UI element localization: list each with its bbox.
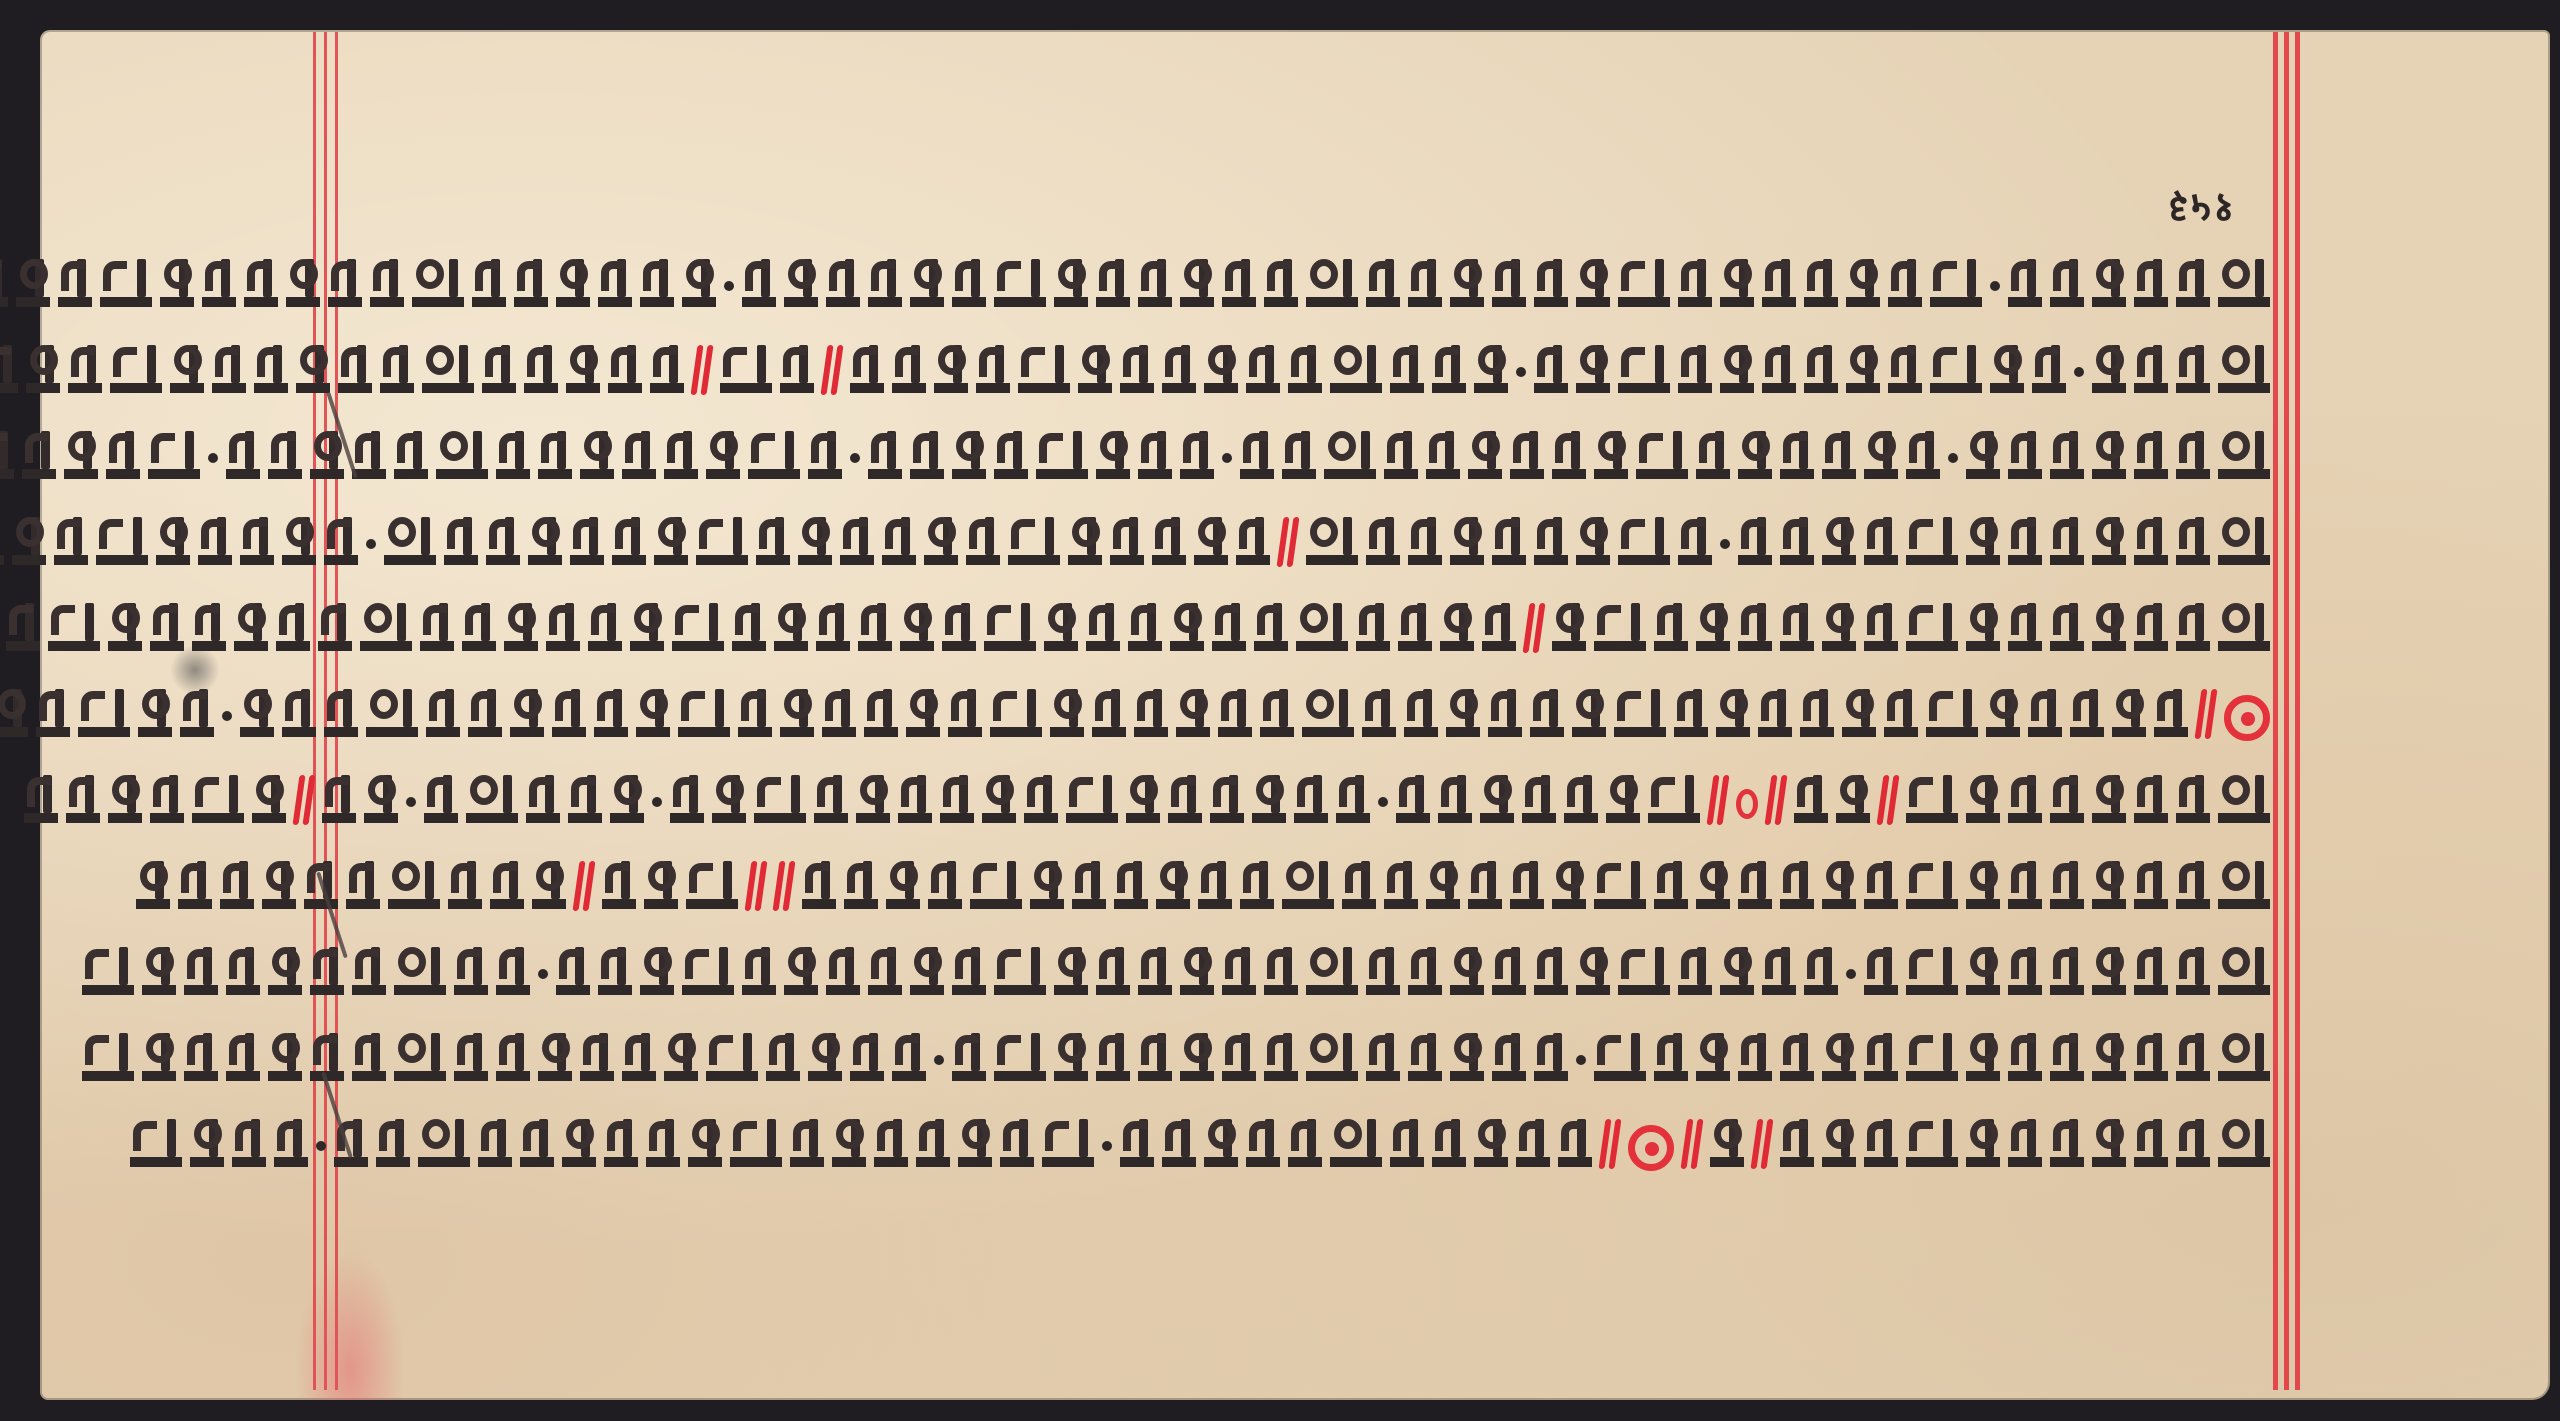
- script-glyph: [814, 775, 848, 823]
- script-glyph: [1240, 861, 1274, 909]
- script-glyph: [1018, 345, 1070, 393]
- script-glyph: [1530, 689, 1564, 737]
- script-glyph: [2176, 861, 2210, 909]
- script-glyph: [1558, 1119, 1592, 1167]
- script-glyph: [468, 689, 502, 737]
- script-glyph: [1966, 947, 2000, 995]
- script-glyph: [1678, 345, 1712, 393]
- script-glyph: [1648, 775, 1700, 823]
- script-glyph: [1966, 431, 2000, 479]
- script-glyph: [1552, 603, 1586, 651]
- script-glyph: [748, 431, 800, 479]
- script-glyph: [538, 431, 572, 479]
- script-glyph: [1510, 431, 1544, 479]
- script-glyph: [388, 861, 440, 909]
- script-glyph: [1720, 947, 1754, 995]
- script-glyph: [54, 517, 88, 565]
- script-glyph: [426, 689, 460, 737]
- script-glyph: [1306, 947, 1358, 995]
- script-glyph: [2176, 259, 2210, 307]
- script-glyph: [850, 1033, 884, 1081]
- script-glyph: [226, 1033, 260, 1081]
- visarga-dot: [1720, 539, 1730, 549]
- script-glyph: [1294, 775, 1328, 823]
- manuscript-folio: १५३: [40, 30, 2550, 1400]
- script-glyph: [394, 431, 428, 479]
- red-double-danda: [1878, 773, 1898, 825]
- script-glyph: [198, 517, 232, 565]
- script-glyph: [636, 689, 670, 737]
- script-glyph: [2176, 517, 2210, 565]
- script-glyph: [1282, 861, 1334, 909]
- script-glyph: [1468, 431, 1502, 479]
- script-glyph: [1522, 775, 1556, 823]
- visarga-dot: [1576, 1055, 1586, 1065]
- script-glyph: [1366, 947, 1400, 995]
- script-glyph: [2092, 517, 2126, 565]
- red-double-danda: [692, 343, 712, 395]
- script-glyph: [12, 517, 46, 565]
- script-glyph: [108, 775, 142, 823]
- script-glyph: [276, 603, 310, 651]
- script-glyph: [328, 259, 362, 307]
- ink-stain: [170, 645, 220, 695]
- script-glyph: [1096, 259, 1130, 307]
- script-glyph: [310, 947, 344, 995]
- script-glyph: [48, 603, 100, 651]
- script-glyph: [1794, 775, 1828, 823]
- script-glyph: [1864, 947, 1898, 995]
- script-glyph: [192, 775, 244, 823]
- script-glyph: [892, 345, 926, 393]
- script-glyph: [1906, 517, 1958, 565]
- script-glyph: [552, 689, 586, 737]
- red-flower-mark-icon: [1628, 1125, 1674, 1171]
- script-glyph: [1390, 345, 1424, 393]
- script-glyph: [858, 603, 892, 651]
- script-glyph: [1780, 1119, 1814, 1167]
- script-glyph: [142, 1033, 176, 1081]
- script-glyph: [1246, 345, 1280, 393]
- script-glyph: [1054, 259, 1088, 307]
- script-glyph: [78, 689, 130, 737]
- visarga-dot: [1102, 1141, 1112, 1151]
- script-glyph: [1720, 259, 1754, 307]
- script-glyph: [1180, 947, 1214, 995]
- red-ink-smudge: [295, 1250, 405, 1400]
- script-glyph: [0, 517, 4, 565]
- script-glyph: [68, 345, 102, 393]
- script-glyph: [1488, 689, 1522, 737]
- script-glyph: [2134, 1119, 2168, 1167]
- script-glyph: [310, 431, 344, 479]
- red-double-danda: [294, 773, 314, 825]
- script-glyph: [2008, 431, 2042, 479]
- script-glyph: [2008, 603, 2042, 651]
- script-glyph: [808, 1033, 842, 1081]
- script-glyph: [2092, 947, 2126, 995]
- script-glyph: [892, 1033, 926, 1081]
- script-glyph: [580, 1033, 614, 1081]
- script-glyph: [1738, 1033, 1772, 1081]
- script-glyph: [1264, 1033, 1298, 1081]
- script-glyph: [1614, 689, 1666, 737]
- script-glyph: [170, 345, 204, 393]
- script-glyph: [1492, 259, 1526, 307]
- script-glyph: [850, 345, 884, 393]
- script-glyph: [2050, 1119, 2084, 1167]
- script-glyph: [928, 861, 962, 909]
- script-glyph: [1134, 689, 1168, 737]
- script-glyph: [1836, 775, 1870, 823]
- script-glyph: [16, 259, 50, 307]
- script-glyph: [1678, 517, 1712, 565]
- script-glyph: [482, 345, 516, 393]
- visarga-dot: [652, 797, 662, 807]
- script-glyph: [1696, 431, 1730, 479]
- visarga-dot: [208, 453, 218, 463]
- visarga-dot: [1948, 453, 1958, 463]
- script-glyph: [184, 947, 218, 995]
- script-glyph: [994, 1033, 1046, 1081]
- script-glyph: [732, 603, 766, 651]
- visarga-dot: [934, 1055, 944, 1065]
- script-glyph: [1678, 947, 1712, 995]
- script-glyph: [1864, 1119, 1898, 1167]
- script-glyph: [526, 775, 560, 823]
- script-glyph: [254, 345, 288, 393]
- script-glyph: [1398, 603, 1432, 651]
- script-glyph: [0, 431, 14, 479]
- script-glyph: [1306, 517, 1358, 565]
- script-glyph: [1204, 345, 1238, 393]
- script-glyph: [1762, 947, 1796, 995]
- script-glyph: [268, 431, 302, 479]
- script-glyph: [900, 603, 934, 651]
- script-glyph: [1780, 517, 1814, 565]
- visarga-dot: [538, 969, 548, 979]
- script-glyph: [1534, 517, 1568, 565]
- script-glyph: [1168, 775, 1202, 823]
- script-glyph: [1758, 689, 1792, 737]
- script-glyph: [1384, 861, 1418, 909]
- script-glyph: [2050, 1033, 2084, 1081]
- script-glyph: [874, 1119, 908, 1167]
- script-glyph: [1492, 517, 1526, 565]
- script-glyph: [1906, 775, 1958, 823]
- script-glyph: [1468, 861, 1502, 909]
- script-glyph: [2176, 947, 2210, 995]
- visarga-dot: [2074, 367, 2084, 377]
- script-glyph: [2134, 259, 2168, 307]
- script-glyph: [1966, 517, 2000, 565]
- script-glyph: [2008, 517, 2042, 565]
- script-glyph: [1138, 1033, 1172, 1081]
- script-glyph: [1342, 861, 1376, 909]
- script-glyph: [1044, 603, 1078, 651]
- red-double-danda: [574, 859, 594, 911]
- script-glyph: [2176, 775, 2210, 823]
- visarga-dot: [1222, 453, 1232, 463]
- script-glyph: [688, 1119, 722, 1167]
- script-glyph: [598, 947, 632, 995]
- script-glyph: [1408, 947, 1442, 995]
- script-glyph: [178, 861, 212, 909]
- script-glyph: [504, 603, 538, 651]
- script-glyph: [286, 259, 320, 307]
- script-glyph: [1450, 517, 1484, 565]
- script-glyph: [1780, 1033, 1814, 1081]
- script-glyph: [1366, 259, 1400, 307]
- script-glyph: [64, 431, 98, 479]
- script-glyph: [1180, 259, 1214, 307]
- script-glyph: [1780, 603, 1814, 651]
- script-glyph: [2218, 1119, 2270, 1167]
- script-glyph: [1564, 775, 1598, 823]
- script-glyph: [994, 431, 1028, 479]
- script-glyph: [1222, 947, 1256, 995]
- script-glyph: [650, 345, 684, 393]
- script-glyph: [1096, 431, 1130, 479]
- script-glyph: [1822, 603, 1856, 651]
- script-glyph: [220, 861, 254, 909]
- script-glyph: [1066, 775, 1118, 823]
- script-glyph: [1534, 345, 1568, 393]
- script-glyph: [394, 1033, 446, 1081]
- script-glyph: [2134, 947, 2168, 995]
- script-glyph: [180, 689, 214, 737]
- script-glyph: [898, 775, 932, 823]
- script-glyph: [1450, 1033, 1484, 1081]
- script-glyph: [1864, 1033, 1898, 1081]
- script-glyph: [2050, 861, 2084, 909]
- script-glyph: [1356, 603, 1390, 651]
- visarga-dot: [850, 453, 860, 463]
- script-glyph: [1222, 259, 1256, 307]
- script-glyph: [1240, 431, 1274, 479]
- script-glyph: [1762, 345, 1796, 393]
- script-glyph: [1030, 861, 1064, 909]
- script-glyph: [1156, 861, 1190, 909]
- script-glyph: [1572, 689, 1606, 737]
- script-glyph: [916, 1119, 950, 1167]
- script-glyph: [798, 517, 832, 565]
- script-line-8: [330, 847, 2270, 919]
- script-glyph: [588, 603, 622, 651]
- script-glyph: [664, 431, 698, 479]
- script-glyph: [1482, 603, 1516, 651]
- script-glyph: [1096, 947, 1130, 995]
- script-glyph: [1180, 1033, 1214, 1081]
- script-glyph: [1450, 259, 1484, 307]
- script-glyph: [366, 689, 418, 737]
- script-glyph: [1864, 861, 1898, 909]
- script-glyph: [234, 603, 268, 651]
- script-glyph: [1362, 689, 1396, 737]
- red-double-danda: [1278, 515, 1298, 567]
- script-glyph: [1324, 431, 1376, 479]
- script-glyph: [594, 689, 628, 737]
- script-glyph: [510, 689, 544, 737]
- script-glyph: [580, 431, 614, 479]
- script-glyph: [774, 603, 808, 651]
- script-glyph: [436, 431, 488, 479]
- script-glyph: [324, 517, 358, 565]
- script-glyph: [546, 603, 580, 651]
- script-glyph: [384, 517, 436, 565]
- script-glyph: [1446, 689, 1480, 737]
- script-glyph: [1710, 1119, 1744, 1167]
- script-glyph: [2008, 775, 2042, 823]
- script-glyph: [780, 345, 814, 393]
- script-glyph: [1042, 1119, 1094, 1167]
- script-glyph: [630, 603, 664, 651]
- script-glyph: [940, 775, 974, 823]
- script-glyph: [130, 1119, 182, 1167]
- script-glyph: [1114, 861, 1148, 909]
- script-glyph: [226, 947, 260, 995]
- script-glyph: [784, 947, 818, 995]
- script-glyph: [1966, 603, 2000, 651]
- script-glyph: [1408, 1033, 1442, 1081]
- script-glyph: [1474, 1119, 1508, 1167]
- script-glyph: [1864, 431, 1898, 479]
- script-glyph: [1552, 431, 1586, 479]
- script-glyph: [338, 345, 372, 393]
- script-glyph: [2176, 603, 2210, 651]
- script-glyph: [942, 603, 976, 651]
- script-glyph: [1926, 689, 1978, 737]
- script-glyph: [2134, 861, 2168, 909]
- script-glyph: [2008, 861, 2042, 909]
- script-glyph: [370, 259, 404, 307]
- script-line-10: [330, 1019, 2270, 1091]
- visarga-dot: [1516, 367, 1526, 377]
- script-glyph: [1594, 603, 1646, 651]
- script-glyph: [608, 345, 642, 393]
- script-glyph: [2008, 259, 2042, 307]
- script-glyph: [1138, 259, 1172, 307]
- script-glyph: [1288, 1119, 1322, 1167]
- script-glyph: [322, 775, 356, 823]
- script-glyph: [1516, 1119, 1550, 1167]
- script-glyph: [2218, 431, 2270, 479]
- script-glyph: [1654, 603, 1688, 651]
- script-glyph: [0, 689, 28, 737]
- script-glyph: [966, 517, 1000, 565]
- script-glyph: [1990, 345, 2024, 393]
- script-glyph: [1846, 345, 1880, 393]
- script-line-3: [330, 417, 2270, 489]
- visarga-dot: [1378, 797, 1388, 807]
- script-glyph: [66, 775, 100, 823]
- script-glyph: [882, 517, 916, 565]
- script-glyph: [604, 1119, 638, 1167]
- script-glyph: [1194, 517, 1228, 565]
- script-glyph: [422, 345, 474, 393]
- script-glyph: [910, 431, 944, 479]
- script-glyph: [570, 517, 604, 565]
- script-line-5: [330, 589, 2270, 661]
- script-glyph: [136, 861, 170, 909]
- script-glyph: [496, 1033, 530, 1081]
- script-glyph: [610, 775, 644, 823]
- script-glyph: [1282, 431, 1316, 479]
- script-glyph: [2218, 259, 2270, 307]
- script-glyph: [1822, 861, 1856, 909]
- script-glyph: [2218, 861, 2270, 909]
- script-glyph: [1576, 345, 1610, 393]
- script-glyph: [82, 1033, 134, 1081]
- script-glyph: [678, 689, 730, 737]
- script-glyph: [1120, 345, 1154, 393]
- script-glyph: [686, 861, 738, 909]
- script-glyph: [910, 947, 944, 995]
- script-glyph: [1888, 345, 1922, 393]
- script-glyph: [1738, 861, 1772, 909]
- script-glyph: [556, 947, 590, 995]
- visarga-dot: [366, 539, 376, 549]
- script-glyph: [2092, 431, 2126, 479]
- script-glyph: [706, 1033, 758, 1081]
- script-glyph: [156, 517, 190, 565]
- script-glyph: [766, 1033, 800, 1081]
- script-glyph: [1696, 1033, 1730, 1081]
- script-glyph: [0, 259, 8, 307]
- script-glyph: [412, 259, 464, 307]
- script-glyph: [672, 603, 724, 651]
- script-glyph: [1480, 775, 1514, 823]
- script-glyph: [556, 259, 590, 307]
- script-glyph: [1888, 259, 1922, 307]
- script-glyph: [2092, 775, 2126, 823]
- script-glyph: [528, 517, 562, 565]
- visarga-dot: [406, 797, 416, 807]
- script-glyph: [1176, 689, 1210, 737]
- visarga-dot: [724, 281, 734, 291]
- script-glyph: [2092, 259, 2126, 307]
- script-glyph: [2218, 1033, 2270, 1081]
- script-glyph: [150, 775, 184, 823]
- script-glyph: [6, 603, 40, 651]
- script-glyph: [1170, 603, 1204, 651]
- script-glyph: [138, 689, 172, 737]
- red-double-danda: [746, 859, 766, 911]
- script-glyph: [466, 775, 518, 823]
- script-glyph: [720, 345, 772, 393]
- script-glyph: [952, 947, 986, 995]
- script-glyph: [2008, 1119, 2042, 1167]
- script-glyph: [1930, 345, 1982, 393]
- script-glyph: [296, 345, 330, 393]
- script-glyph: [1678, 259, 1712, 307]
- script-glyph: [2050, 259, 2084, 307]
- script-glyph: [646, 1119, 680, 1167]
- script-glyph: [1636, 431, 1688, 479]
- script-glyph: [840, 517, 874, 565]
- script-line-4: [330, 503, 2270, 575]
- script-glyph: [1138, 431, 1172, 479]
- script-glyph: [1120, 1119, 1154, 1167]
- script-glyph: [1306, 259, 1358, 307]
- script-glyph: [1306, 1033, 1358, 1081]
- script-glyph: [682, 259, 716, 307]
- script-glyph: [96, 517, 148, 565]
- script-glyph: [190, 1119, 224, 1167]
- script-glyph: [1128, 603, 1162, 651]
- script-glyph: [232, 1119, 266, 1167]
- script-glyph: [1606, 775, 1640, 823]
